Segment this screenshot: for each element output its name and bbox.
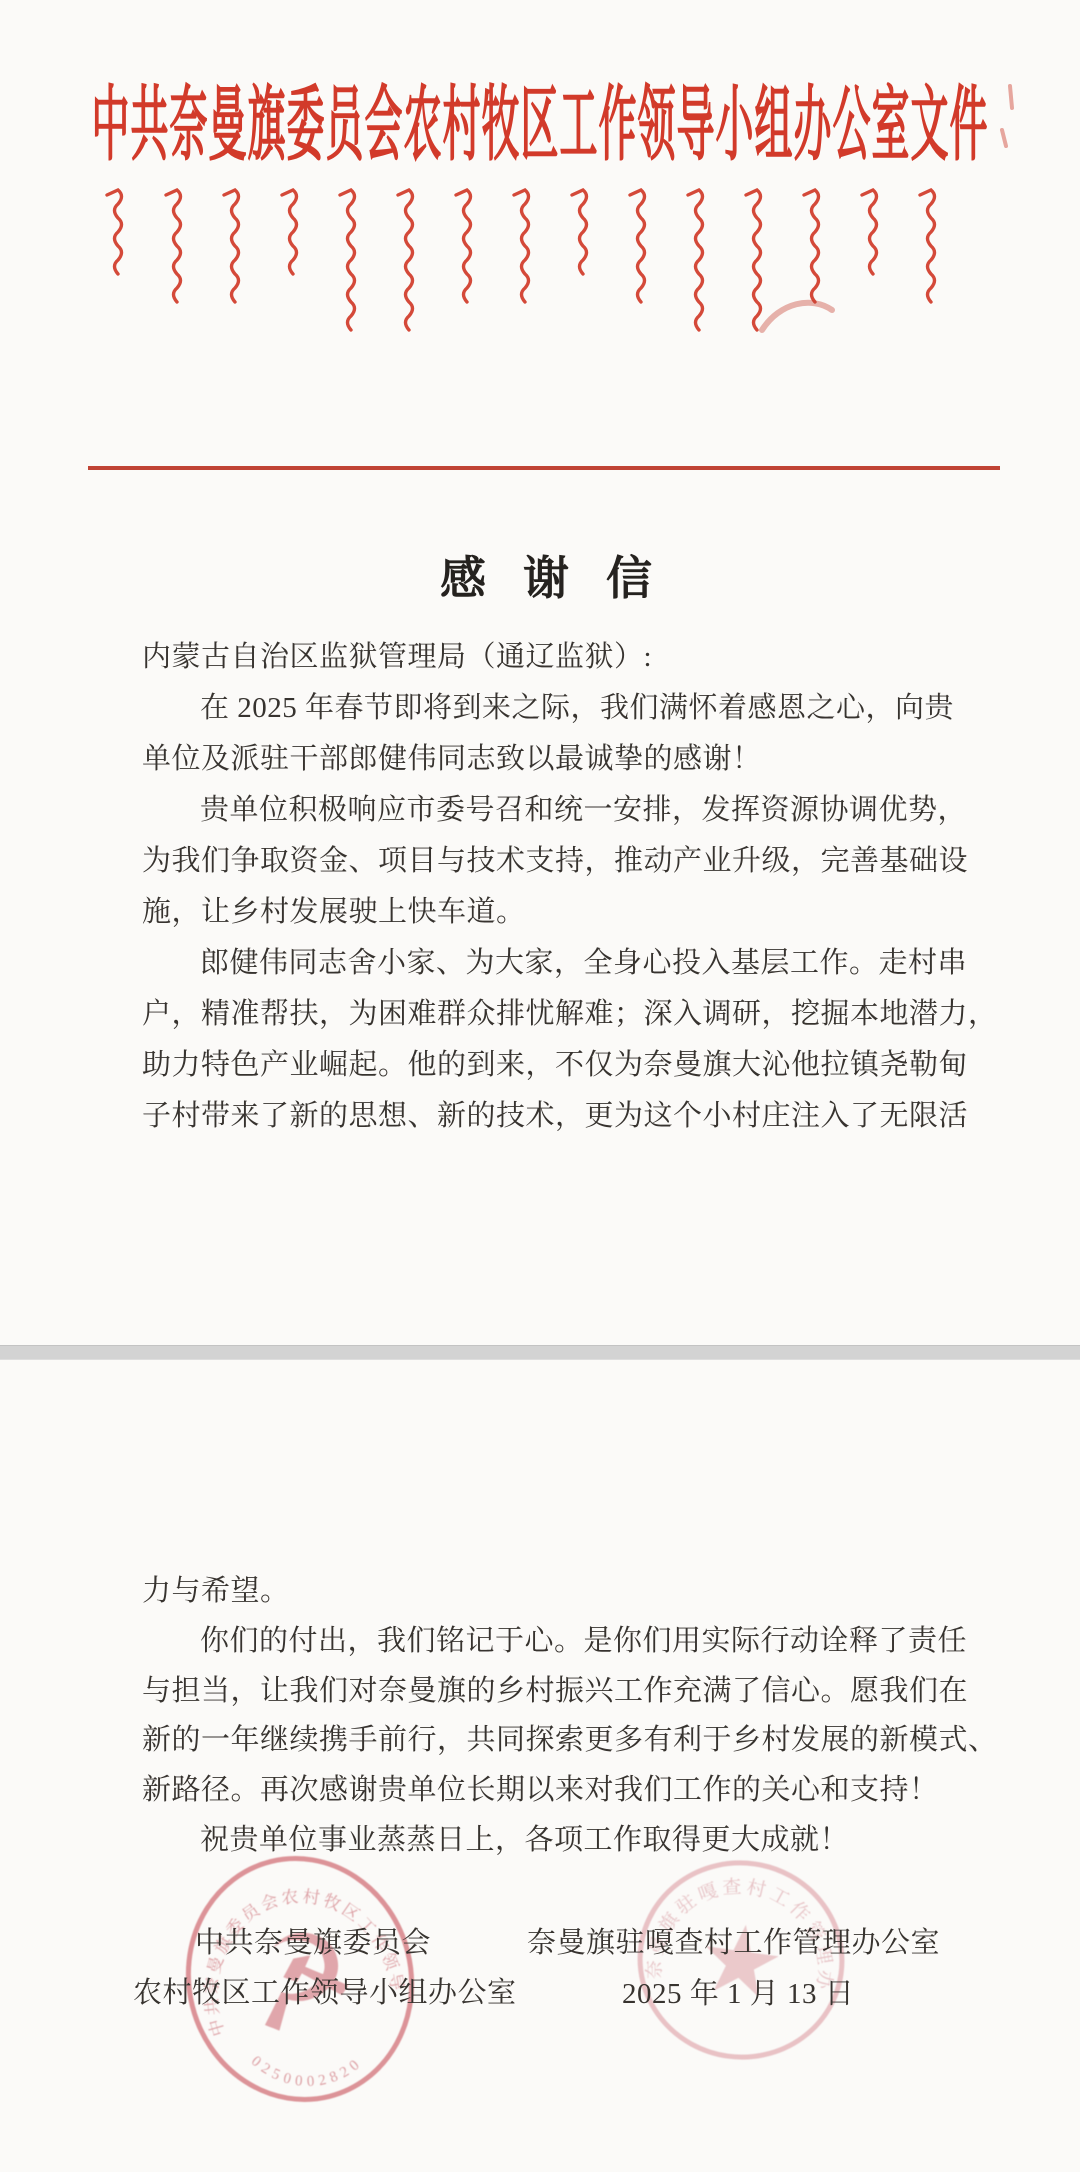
body-line: 为我们争取资金、项目与技术支持，推动产业升级，完善基础设 (142, 842, 968, 880)
page-separator (0, 1345, 1080, 1360)
signature-left-org-line2: 农村牧区工作领导小组办公室 (133, 1975, 517, 2011)
signature-left-org-line1: 中共奈曼旗委员会 (195, 1925, 431, 1961)
signature-right-org: 奈曼旗驻嘎查村工作管理办公室 (527, 1925, 940, 1961)
body-line: 助力特色产业崛起。他的到来，不仅为奈曼旗大沁他拉镇尧勒甸 (142, 1046, 968, 1084)
body-line: 力与希望。 (142, 1572, 290, 1610)
body-line: 施，让乡村发展驶上快车道。 (142, 893, 526, 931)
letter-title: 感谢信 (440, 551, 689, 606)
body-line: 贵单位积极响应市委号召和统一安排，发挥资源协调优势， (142, 791, 967, 829)
letterhead-org-title: 中共奈曼旗委员会农村牧区工作领导小组办公室文件 (91, 86, 988, 168)
body-line: 子村带来了新的思想、新的技术，更为这个小村庄注入了无限活 (142, 1097, 968, 1135)
body-line: 与担当，让我们对奈曼旗的乡村振兴工作充满了信心。愿我们在 (142, 1672, 968, 1710)
signature-date: 2025 年 1 月 13 日 (622, 1976, 854, 2012)
body-line: 在 2025 年春节即将到来之际，我们满怀着感恩之心，向贵 (142, 689, 954, 727)
body-line: 户，精准帮扶，为困难群众排忧解难；深入调研，挖掘本地潜力， (142, 995, 998, 1033)
red-edge-specks (990, 80, 1030, 170)
body-line: 郎健伟同志舍小家、为大家，全身心投入基层工作。走村串 (142, 944, 967, 982)
body-line: 你们的付出，我们铭记于心。是你们用实际行动诠释了责任 (142, 1622, 967, 1660)
scanned-letter-page: 中共奈曼旗委员会农村牧区工作领导小组办公室文件 感谢信 内蒙古自治区监狱管理局（… (0, 0, 1080, 2172)
red-pen-mark (740, 288, 860, 348)
body-line: 内蒙古自治区监狱管理局（通辽监狱）: (142, 638, 652, 676)
red-divider-line (88, 466, 1000, 470)
body-line: 单位及派驻干部郎健伟同志致以最诚挚的感谢！ (142, 740, 762, 778)
body-line: 新的一年继续携手前行，共同探索更多有利于乡村发展的新模式、 (142, 1721, 998, 1759)
body-line: 新路径。再次感谢贵单位长期以来对我们工作的关心和支持！ (142, 1771, 939, 1809)
